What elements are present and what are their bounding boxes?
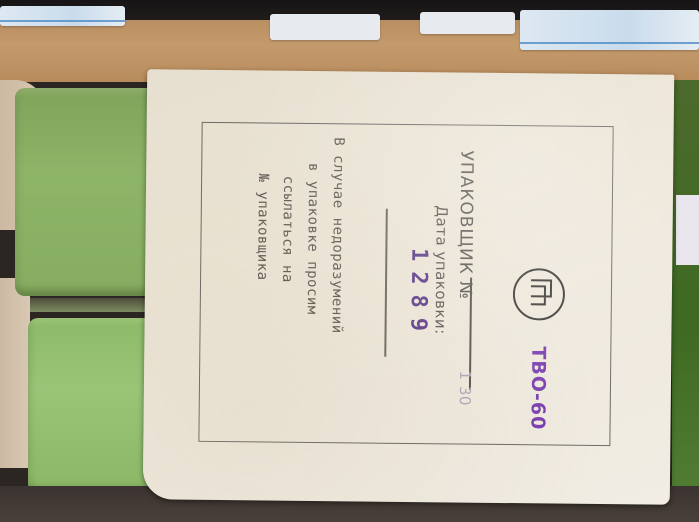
packer-number: 1 30: [456, 371, 474, 407]
bar-gap: [30, 298, 160, 312]
notice-line-1: В случае недоразумений: [329, 137, 347, 334]
right-white-scrap: [676, 195, 699, 265]
torn-label-scrap: [0, 6, 125, 26]
notice-line-4: № упаковщика: [254, 173, 271, 280]
torn-label-scrap: [520, 10, 699, 50]
notice-line-3: ссылаться на: [279, 176, 296, 283]
factory-logo-icon: [513, 268, 566, 321]
product-code-stamp: ТВО-60: [527, 346, 550, 430]
left-paper-edge: [0, 278, 30, 468]
notice-line-2: в упаковке просим: [304, 163, 322, 315]
right-green-edge: [672, 80, 699, 500]
date-value-stamp: 1289: [405, 248, 431, 341]
photo-scene: УПАКОВЩИК № 1 30 Дата упаковки: 1289 ТВО…: [0, 0, 699, 522]
packing-slip: УПАКОВЩИК № 1 30 Дата упаковки: 1289 ТВО…: [143, 69, 674, 504]
packer-label: УПАКОВЩИК №: [455, 150, 477, 300]
torn-label-scrap: [270, 14, 380, 40]
date-label: Дата упаковки:: [432, 205, 451, 335]
torn-label-scrap: [420, 12, 515, 34]
